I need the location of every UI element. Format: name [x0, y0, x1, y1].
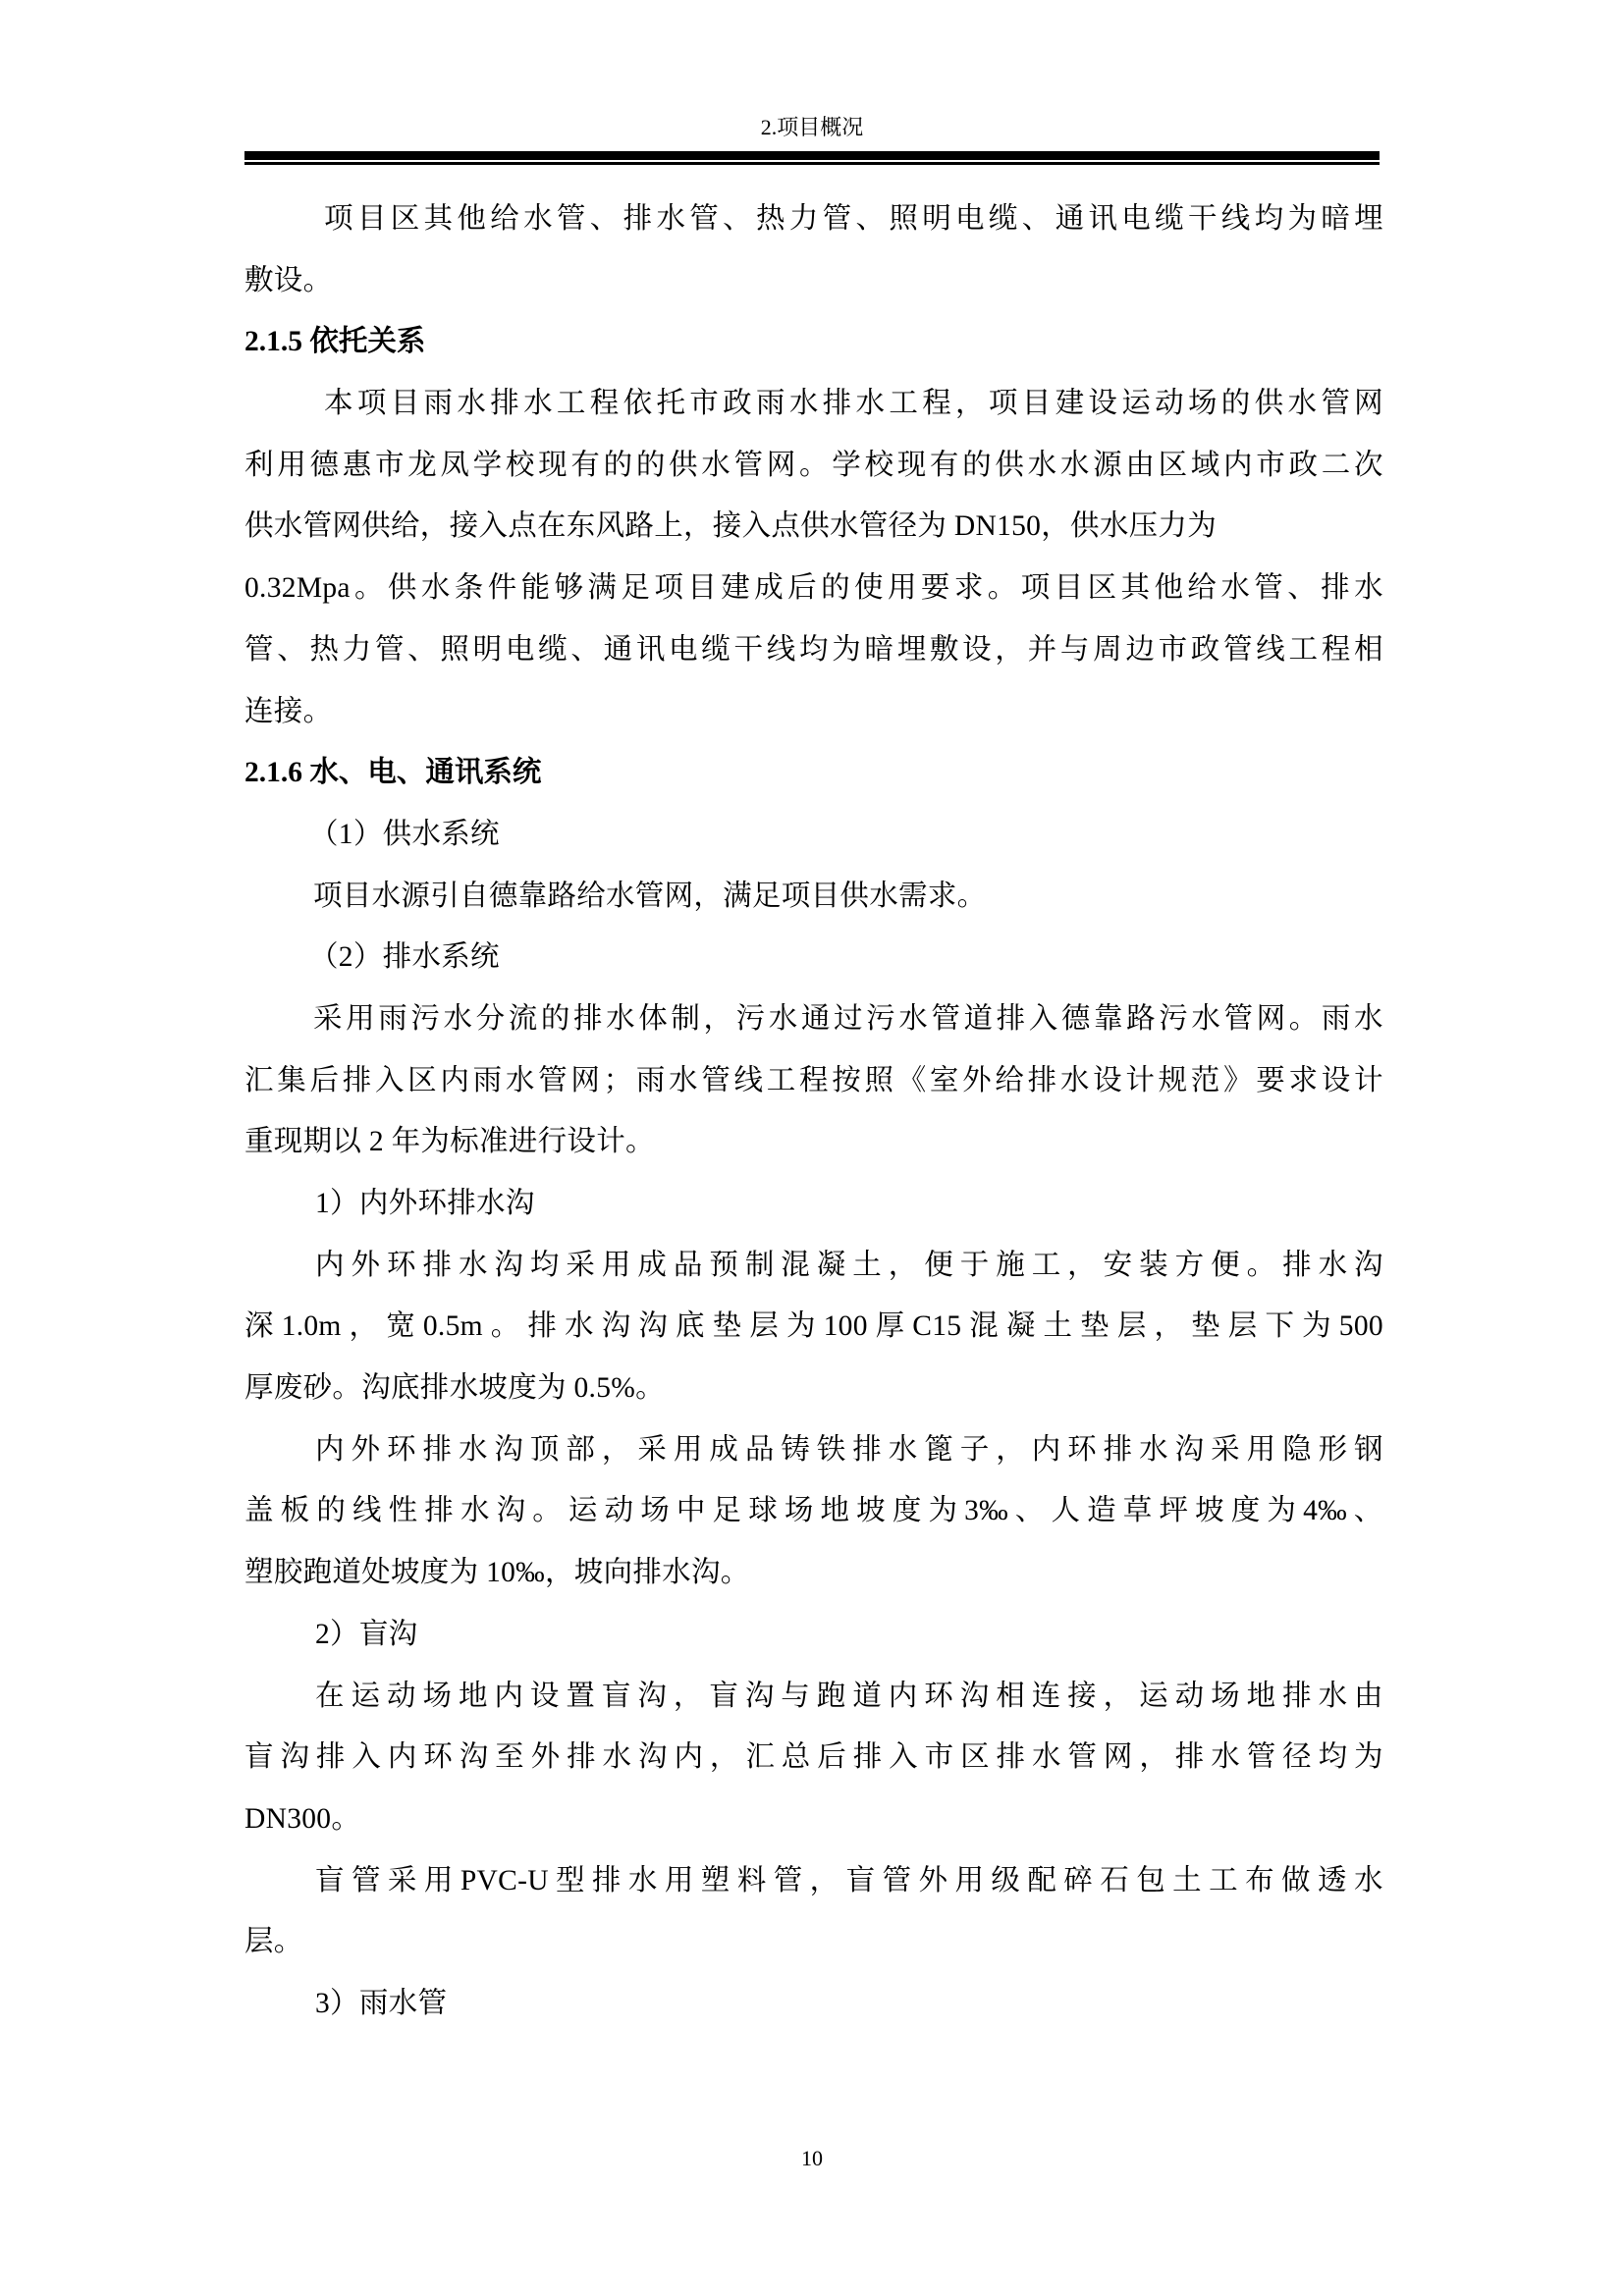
- text-line: DN300。: [244, 1789, 1383, 1850]
- text-line: 0.32Mpa。供水条件能够满足项目建成后的使用要求。项目区其他给水管、排水: [244, 558, 1383, 619]
- text-line: 内外环排水沟均采用成品预制混凝土，便于施工，安装方便。排水沟: [244, 1235, 1383, 1297]
- item-drainage-system: （2）排水系统: [244, 927, 1383, 988]
- item-inner-outer-ditch: 1）内外环排水沟: [244, 1173, 1383, 1235]
- document-body: 项目区其他给水管、排水管、热力管、照明电缆、通讯电缆干线均为暗埋 敷设。 2.1…: [244, 188, 1383, 2035]
- text-line: 在运动场地内设置盲沟，盲沟与跑道内环沟相连接，运动场地排水由: [244, 1666, 1383, 1728]
- item-rainwater-pipe: 3）雨水管: [244, 1973, 1383, 2035]
- text-line: 敷设。: [244, 250, 1383, 312]
- paragraph-ditch-cover-slopes: 内外环排水沟顶部，采用成品铸铁排水篦子，内环排水沟采用隐形钢 盖板的线性排水沟。…: [244, 1419, 1383, 1604]
- page-number: 10: [0, 2144, 1624, 2173]
- header-chapter-title: 2.项目概况: [244, 114, 1380, 141]
- paragraph-ditch-construction: 内外环排水沟均采用成品预制混凝土，便于施工，安装方便。排水沟 深1.0m，宽0.…: [244, 1235, 1383, 1419]
- text-line: 层。: [244, 1911, 1383, 1973]
- section-heading-2-1-6: 2.1.6 水、电、通讯系统: [244, 742, 1383, 804]
- section-heading-2-1-5: 2.1.5 依托关系: [244, 311, 1383, 373]
- text-line: 厚废砂。沟底排水坡度为 0.5%。: [244, 1358, 1383, 1419]
- page-header: 2.项目概况: [244, 110, 1380, 165]
- text-line: 盲管采用PVC-U型排水用塑料管，盲管外用级配碎石包土工布做透水: [244, 1850, 1383, 1912]
- text-line: 利用德惠市龙凤学校现有的的供水管网。学校现有的供水水源由区域内市政二次: [244, 435, 1383, 497]
- paragraph-drainage-system: 采用雨污水分流的排水体制，污水通过污水管道排入德靠路污水管网。雨水 汇集后排入区…: [244, 988, 1383, 1173]
- text-line: 内外环排水沟顶部，采用成品铸铁排水篦子，内环排水沟采用隐形钢: [244, 1419, 1383, 1481]
- text-line: 重现期以 2 年为标准进行设计。: [244, 1111, 1383, 1173]
- text-line: 供水管网供给，接入点在东风路上，接入点供水管径为 DN150，供水压力为: [244, 496, 1383, 558]
- water-supply-description: 项目水源引自德靠路给水管网，满足项目供水需求。: [244, 866, 1383, 928]
- paragraph-blind-ditch: 在运动场地内设置盲沟，盲沟与跑道内环沟相连接，运动场地排水由 盲沟排入内环沟至外…: [244, 1666, 1383, 1850]
- text-line: 盲沟排入内环沟至外排水沟内，汇总后排入市区排水管网，排水管径均为: [244, 1727, 1383, 1789]
- item-blind-ditch: 2）盲沟: [244, 1604, 1383, 1666]
- item-water-supply-system: （1）供水系统: [244, 804, 1383, 866]
- text-line: 本项目雨水排水工程依托市政雨水排水工程，项目建设运动场的供水管网: [244, 373, 1383, 435]
- text-line: 连接。: [244, 681, 1383, 743]
- text-line: 项目区其他给水管、排水管、热力管、照明电缆、通讯电缆干线均为暗埋: [244, 188, 1383, 250]
- text-line: 汇集后排入区内雨水管网；雨水管线工程按照《室外给排水设计规范》要求设计: [244, 1050, 1383, 1112]
- text-line: 深1.0m，宽0.5m。排水沟沟底垫层为100厚C15混凝土垫层，垫层下为500: [244, 1296, 1383, 1358]
- paragraph-dependency: 本项目雨水排水工程依托市政雨水排水工程，项目建设运动场的供水管网 利用德惠市龙凤…: [244, 373, 1383, 742]
- text-line: 管、热力管、照明电缆、通讯电缆干线均为暗埋敷设，并与周边市政管线工程相: [244, 619, 1383, 681]
- text-line: 采用雨污水分流的排水体制，污水通过污水管道排入德靠路污水管网。雨水: [244, 988, 1383, 1050]
- header-rule-thick: [244, 151, 1380, 160]
- paragraph-underground-pipes: 项目区其他给水管、排水管、热力管、照明电缆、通讯电缆干线均为暗埋 敷设。: [244, 188, 1383, 311]
- text-line: 盖板的线性排水沟。运动场中足球场地坡度为3‰、人造草坪坡度为4‰、: [244, 1480, 1383, 1542]
- text-line: 塑胶跑道处坡度为 10‰，坡向排水沟。: [244, 1542, 1383, 1604]
- paragraph-blind-pipe: 盲管采用PVC-U型排水用塑料管，盲管外用级配碎石包土工布做透水 层。: [244, 1850, 1383, 1973]
- header-rule-thin: [244, 162, 1380, 165]
